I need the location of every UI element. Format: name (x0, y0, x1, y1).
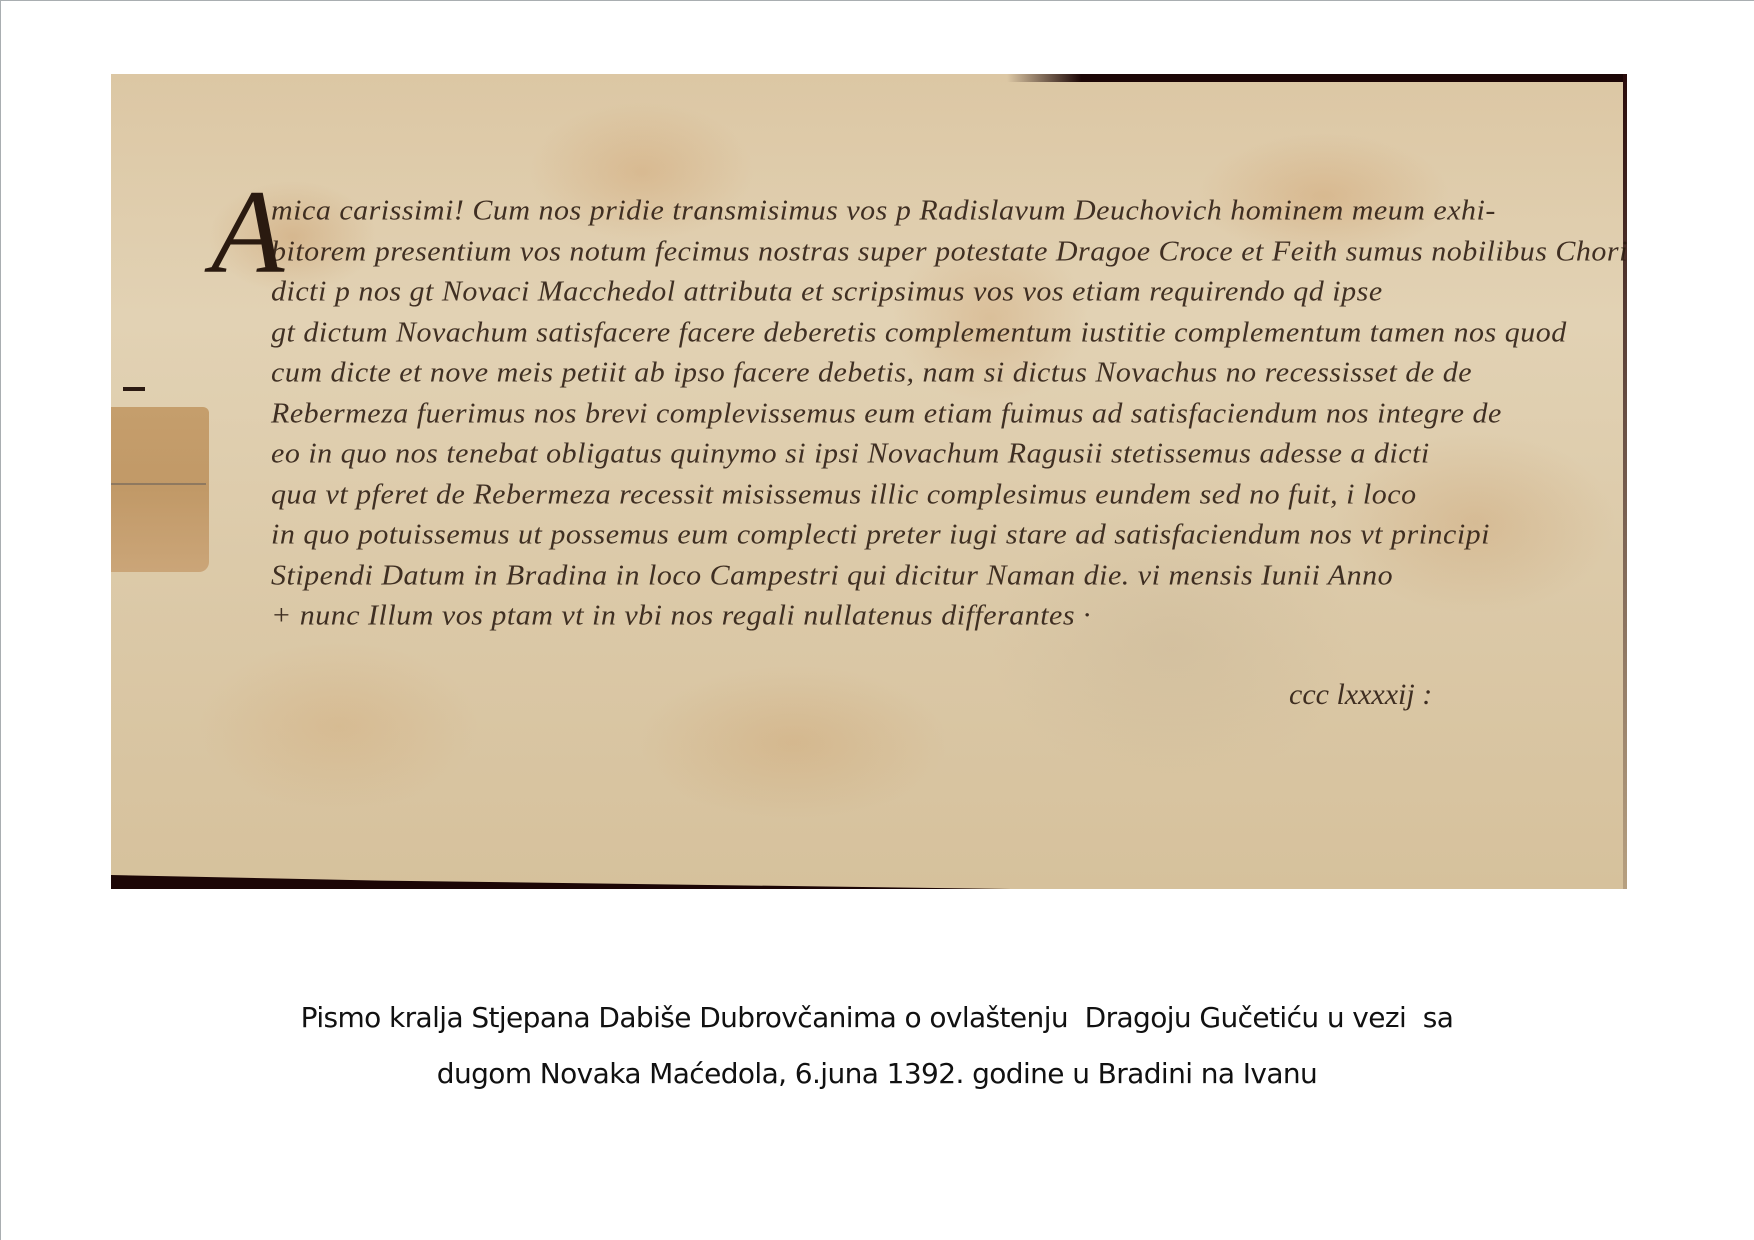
script-line: in quo potuissemus ut possemus eum compl… (271, 519, 1601, 557)
script-line: gt dictum Novachum satisfacere facere de… (271, 317, 1601, 355)
date-signoff: ccc lxxxxij : (1289, 678, 1432, 712)
script-line: bitorem presentium vos notum fecimus nos… (271, 236, 1601, 274)
script-line: + nunc Illum vos ptam vt in vbi nos rega… (271, 600, 1601, 638)
script-line: eo in quo nos tenebat obligatus quinymo … (271, 438, 1601, 476)
handwritten-text: mica carissimi! Cum nos pridie transmisi… (271, 194, 1601, 640)
tape-crease (111, 483, 206, 485)
scan-edge-right (1623, 74, 1627, 889)
caption-line-2: dugom Novaka Maćedola, 6.juna 1392. godi… (0, 1046, 1754, 1102)
caption-line-1: Pismo kralja Stjepana Dabiše Dubrovčanim… (0, 990, 1754, 1046)
script-line: cum dicte et nove meis petiit ab ipso fa… (271, 357, 1601, 395)
script-line: dicti p nos gt Novaci Macchedol attribut… (271, 276, 1601, 314)
script-line: Stipendi Datum in Bradina in loco Campes… (271, 560, 1601, 598)
manuscript-image: A mica carissimi! Cum nos pridie transmi… (111, 74, 1627, 889)
script-line: qua vt pferet de Rebermeza recessit misi… (271, 479, 1601, 517)
scan-edge-bottom (111, 875, 1011, 889)
figure-caption: Pismo kralja Stjepana Dabiše Dubrovčanim… (0, 990, 1754, 1102)
tape-patch (111, 407, 209, 572)
scan-edge-top (1007, 74, 1627, 82)
script-line: Rebermeza fuerimus nos brevi complevisse… (271, 398, 1601, 436)
margin-mark (123, 387, 145, 391)
script-line: mica carissimi! Cum nos pridie transmisi… (271, 195, 1601, 233)
